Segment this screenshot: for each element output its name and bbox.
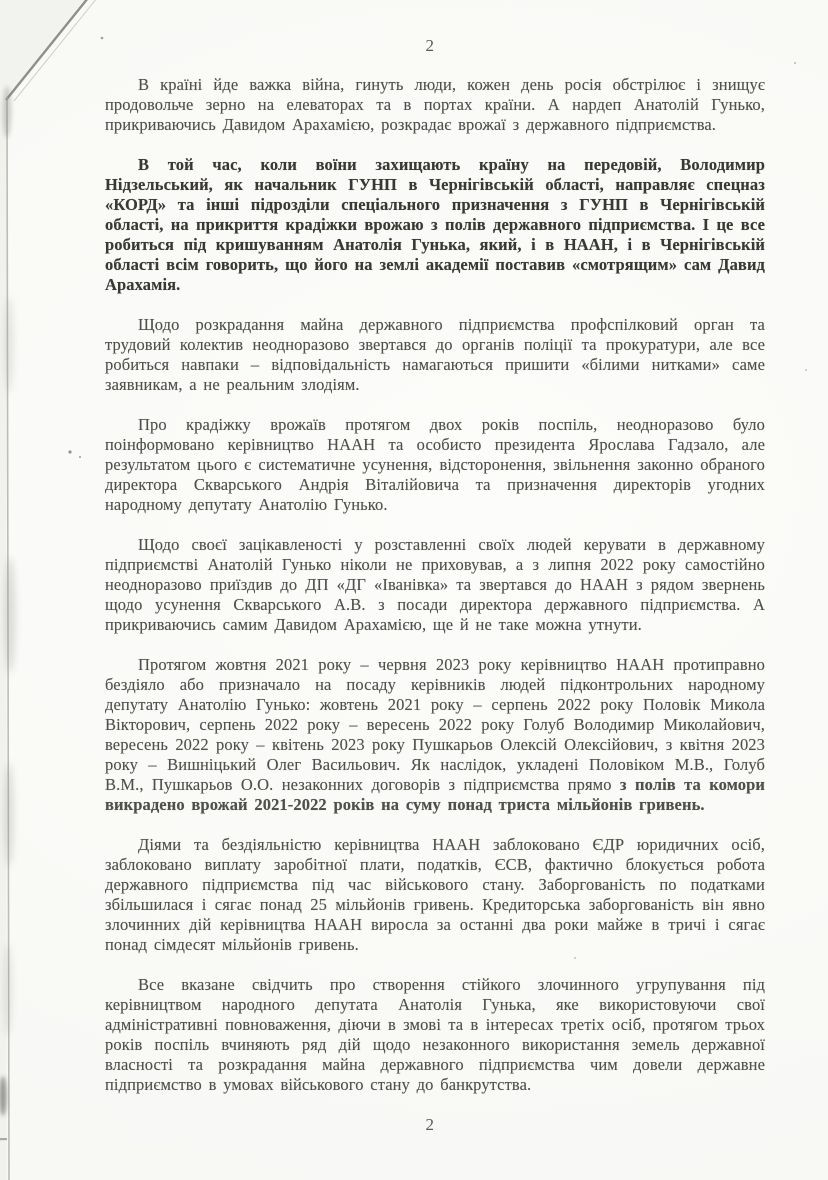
document-page: 2 В країні йде важка війна, гинуть люди,… [0, 0, 828, 1180]
paragraph-text: Про крадіжку врожаїв протягом двох років… [105, 415, 765, 514]
page-edge-strip [0, 96, 7, 1180]
paragraph-text: Щодо своєї зацікавленості у розставленні… [105, 535, 765, 634]
edge-smudge [4, 944, 13, 1036]
edge-smudge [3, 86, 12, 138]
document-body: В країні йде важка війна, гинуть люди, к… [105, 75, 765, 1095]
paragraph-war-context: В країні йде важка війна, гинуть люди, к… [105, 75, 765, 135]
page-number-bottom: 2 [0, 1115, 828, 1135]
paper-speck [794, 62, 796, 64]
paper-speck [79, 456, 81, 458]
page-edge-line [7, 97, 9, 1180]
edge-smudge [5, 557, 16, 673]
paragraph-blocked-finances: Діями та бездіяльністю керівництва НААН … [105, 835, 765, 955]
paragraph-text: В країні йде важка війна, гинуть люди, к… [105, 75, 765, 134]
paragraph-appeals-to-police: Щодо розкрадання майна державного підпри… [105, 315, 765, 395]
edge-smudge [4, 763, 14, 867]
paragraph-text: В той час, коли воїни захищають країну н… [105, 155, 765, 294]
edge-tick [0, 1138, 7, 1140]
paragraph-text: Діями та бездіяльністю керівництва НААН … [105, 835, 765, 954]
edge-smudge [5, 297, 14, 393]
edge-smudge [0, 1076, 7, 1116]
paragraph-bold-kord: В той час, коли воїни захищають країну н… [105, 155, 765, 295]
paragraph-text: Щодо розкрадання майна державного підпри… [105, 315, 765, 394]
paragraph-conclusion: Все вказане свідчить про створення стійк… [105, 975, 765, 1095]
paragraph-personal-interest: Щодо своєї зацікавленості у розставленні… [105, 535, 765, 635]
paragraph-text: Протягом жовтня 2021 року – червня 2023 … [105, 655, 765, 794]
paragraph-directors-timeline: Протягом жовтня 2021 року – червня 2023 … [105, 655, 765, 815]
page-number-top: 2 [0, 0, 828, 56]
paper-speck [805, 369, 807, 371]
paragraph-naan-informed: Про крадіжку врожаїв протягом двох років… [105, 415, 765, 515]
paper-speck [68, 450, 71, 453]
paragraph-text: Все вказане свідчить про створення стійк… [105, 975, 765, 1094]
